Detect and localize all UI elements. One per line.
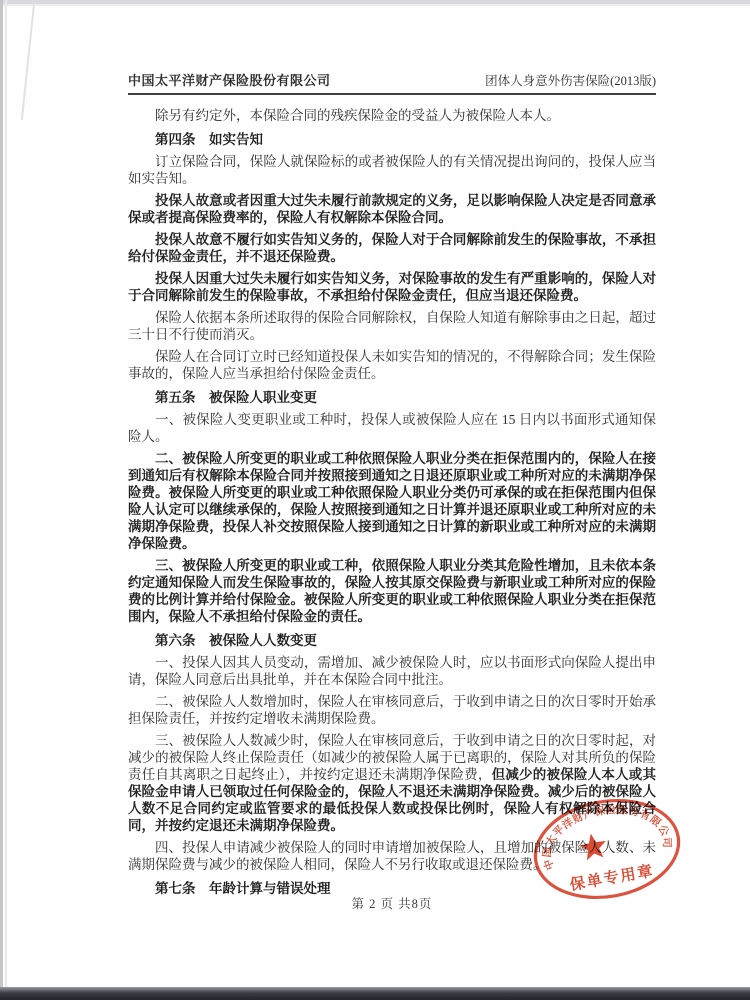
paragraph: 二、被保险人所变更的职业或工种依照保险人职业分类在拒保范围内的，保险人在接到通知… (128, 450, 656, 552)
paragraph-bold-text: 投保人故意或者因重大过失未履行前款规定的义务，足以影响保险人决定是否同意承保或者… (128, 193, 656, 225)
paragraph-text: 一、投保人因其人员变动，需增加、减少被保险人时，应以书面形式向保险人提出申请，保… (128, 655, 656, 687)
star-icon (577, 831, 608, 861)
product-name: 团体人身意外伤害保险(2013版) (485, 71, 656, 89)
paragraph-text: 一、被保险人变更职业或工种时，投保人或被保险人应在 15 日内以书面形式通知保险… (128, 412, 656, 444)
paragraph-text: 保险人在合同订立时已经知道投保人未如实告知的情况的，不得解除合同；发生保险事故的… (128, 349, 656, 381)
section-heading: 第五条 被保险人职业变更 (128, 389, 656, 406)
page-content: 中国太平洋财产保险股份有限公司 团体人身意外伤害保险(2013版) 除另有约定外… (128, 70, 656, 902)
scan-bottom-edge (0, 987, 750, 1000)
paragraph: 保险人依据本条所述取得的保险合同解除权，自保险人知道有解除事由之日起，超过三十日… (128, 309, 656, 343)
paragraph: 投保人故意不履行如实告知义务的，保险人对于合同解除前发生的保险事故，不承担给付保… (128, 231, 656, 265)
paragraph: 一、被保险人变更职业或工种时，投保人或被保险人应在 15 日内以书面形式通知保险… (128, 411, 656, 445)
paragraph: 二、被保险人人数增加时，保险人在审核同意后，于收到申请之日的次日零时开始承担保险… (128, 693, 656, 727)
company-name: 中国太平洋财产保险股份有限公司 (128, 70, 331, 89)
paragraph-text: 二、被保险人人数增加时，保险人在审核同意后，于收到申请之日的次日零时开始承担保险… (128, 694, 656, 726)
paragraph-bold-text: 三、被保险人所变更的职业或工种，依照保险人职业分类其危险性增加，且未依本条约定通… (128, 558, 656, 624)
section-heading: 第六条 被保险人人数变更 (128, 632, 656, 649)
scan-top-edge-faint (0, 4, 750, 6)
paragraph: 一、投保人因其人员变动，需增加、减少被保险人时，应以书面形式向保险人提出申请，保… (128, 654, 656, 688)
paragraph: 投保人因重大过失未履行如实告知义务，对保险事故的发生有严重影响的，保险人对于合同… (128, 270, 656, 304)
seal-label: 保单专用章 (568, 861, 655, 894)
paragraph: 三、被保险人所变更的职业或工种，依照保险人职业分类其危险性增加，且未依本条约定通… (128, 557, 656, 625)
paragraph: 订立保险合同，保险人就保险标的或者被保险人的有关情况提出询问的，投保人应当如实告… (128, 153, 656, 187)
paragraph-bold-text: 投保人故意不履行如实告知义务的，保险人对于合同解除前发生的保险事故，不承担给付保… (128, 232, 656, 264)
document-body: 除另有约定外，本保险合同的残疾保险金的受益人为被保险人本人。第四条 如实告知订立… (128, 107, 656, 897)
paragraph-bold-text: 投保人因重大过失未履行如实告知义务，对保险事故的发生有严重影响的，保险人对于合同… (128, 271, 656, 303)
paragraph: 除另有约定外，本保险合同的残疾保险金的受益人为被保险人本人。 (128, 107, 656, 124)
scan-left-edge-faint (5, 0, 7, 1000)
page-header: 中国太平洋财产保险股份有限公司 团体人身意外伤害保险(2013版) (128, 70, 656, 95)
paragraph-text: 保险人依据本条所述取得的保险合同解除权，自保险人知道有解除事由之日起，超过三十日… (128, 310, 656, 342)
section-heading: 第四条 如实告知 (128, 131, 656, 148)
paragraph: 投保人故意或者因重大过失未履行前款规定的义务，足以影响保险人决定是否同意承保或者… (128, 192, 656, 226)
scan-left-edge (0, 0, 3, 1000)
scanned-document-page: 中国太平洋财产保险股份有限公司 团体人身意外伤害保险(2013版) 除另有约定外… (0, 0, 750, 1000)
paragraph-text: 订立保险合同，保险人就保险标的或者被保险人的有关情况提出询问的，投保人应当如实告… (128, 154, 656, 186)
paragraph: 保险人在合同订立时已经知道投保人未如实告知的情况的，不得解除合同；发生保险事故的… (128, 348, 656, 382)
paragraph-bold-text: 二、被保险人所变更的职业或工种依照保险人职业分类在拒保范围内的，保险人在接到通知… (128, 451, 656, 551)
paragraph-text: 除另有约定外，本保险合同的残疾保险金的受益人为被保险人本人。 (155, 108, 560, 123)
scan-crease-line (21, 2, 35, 120)
